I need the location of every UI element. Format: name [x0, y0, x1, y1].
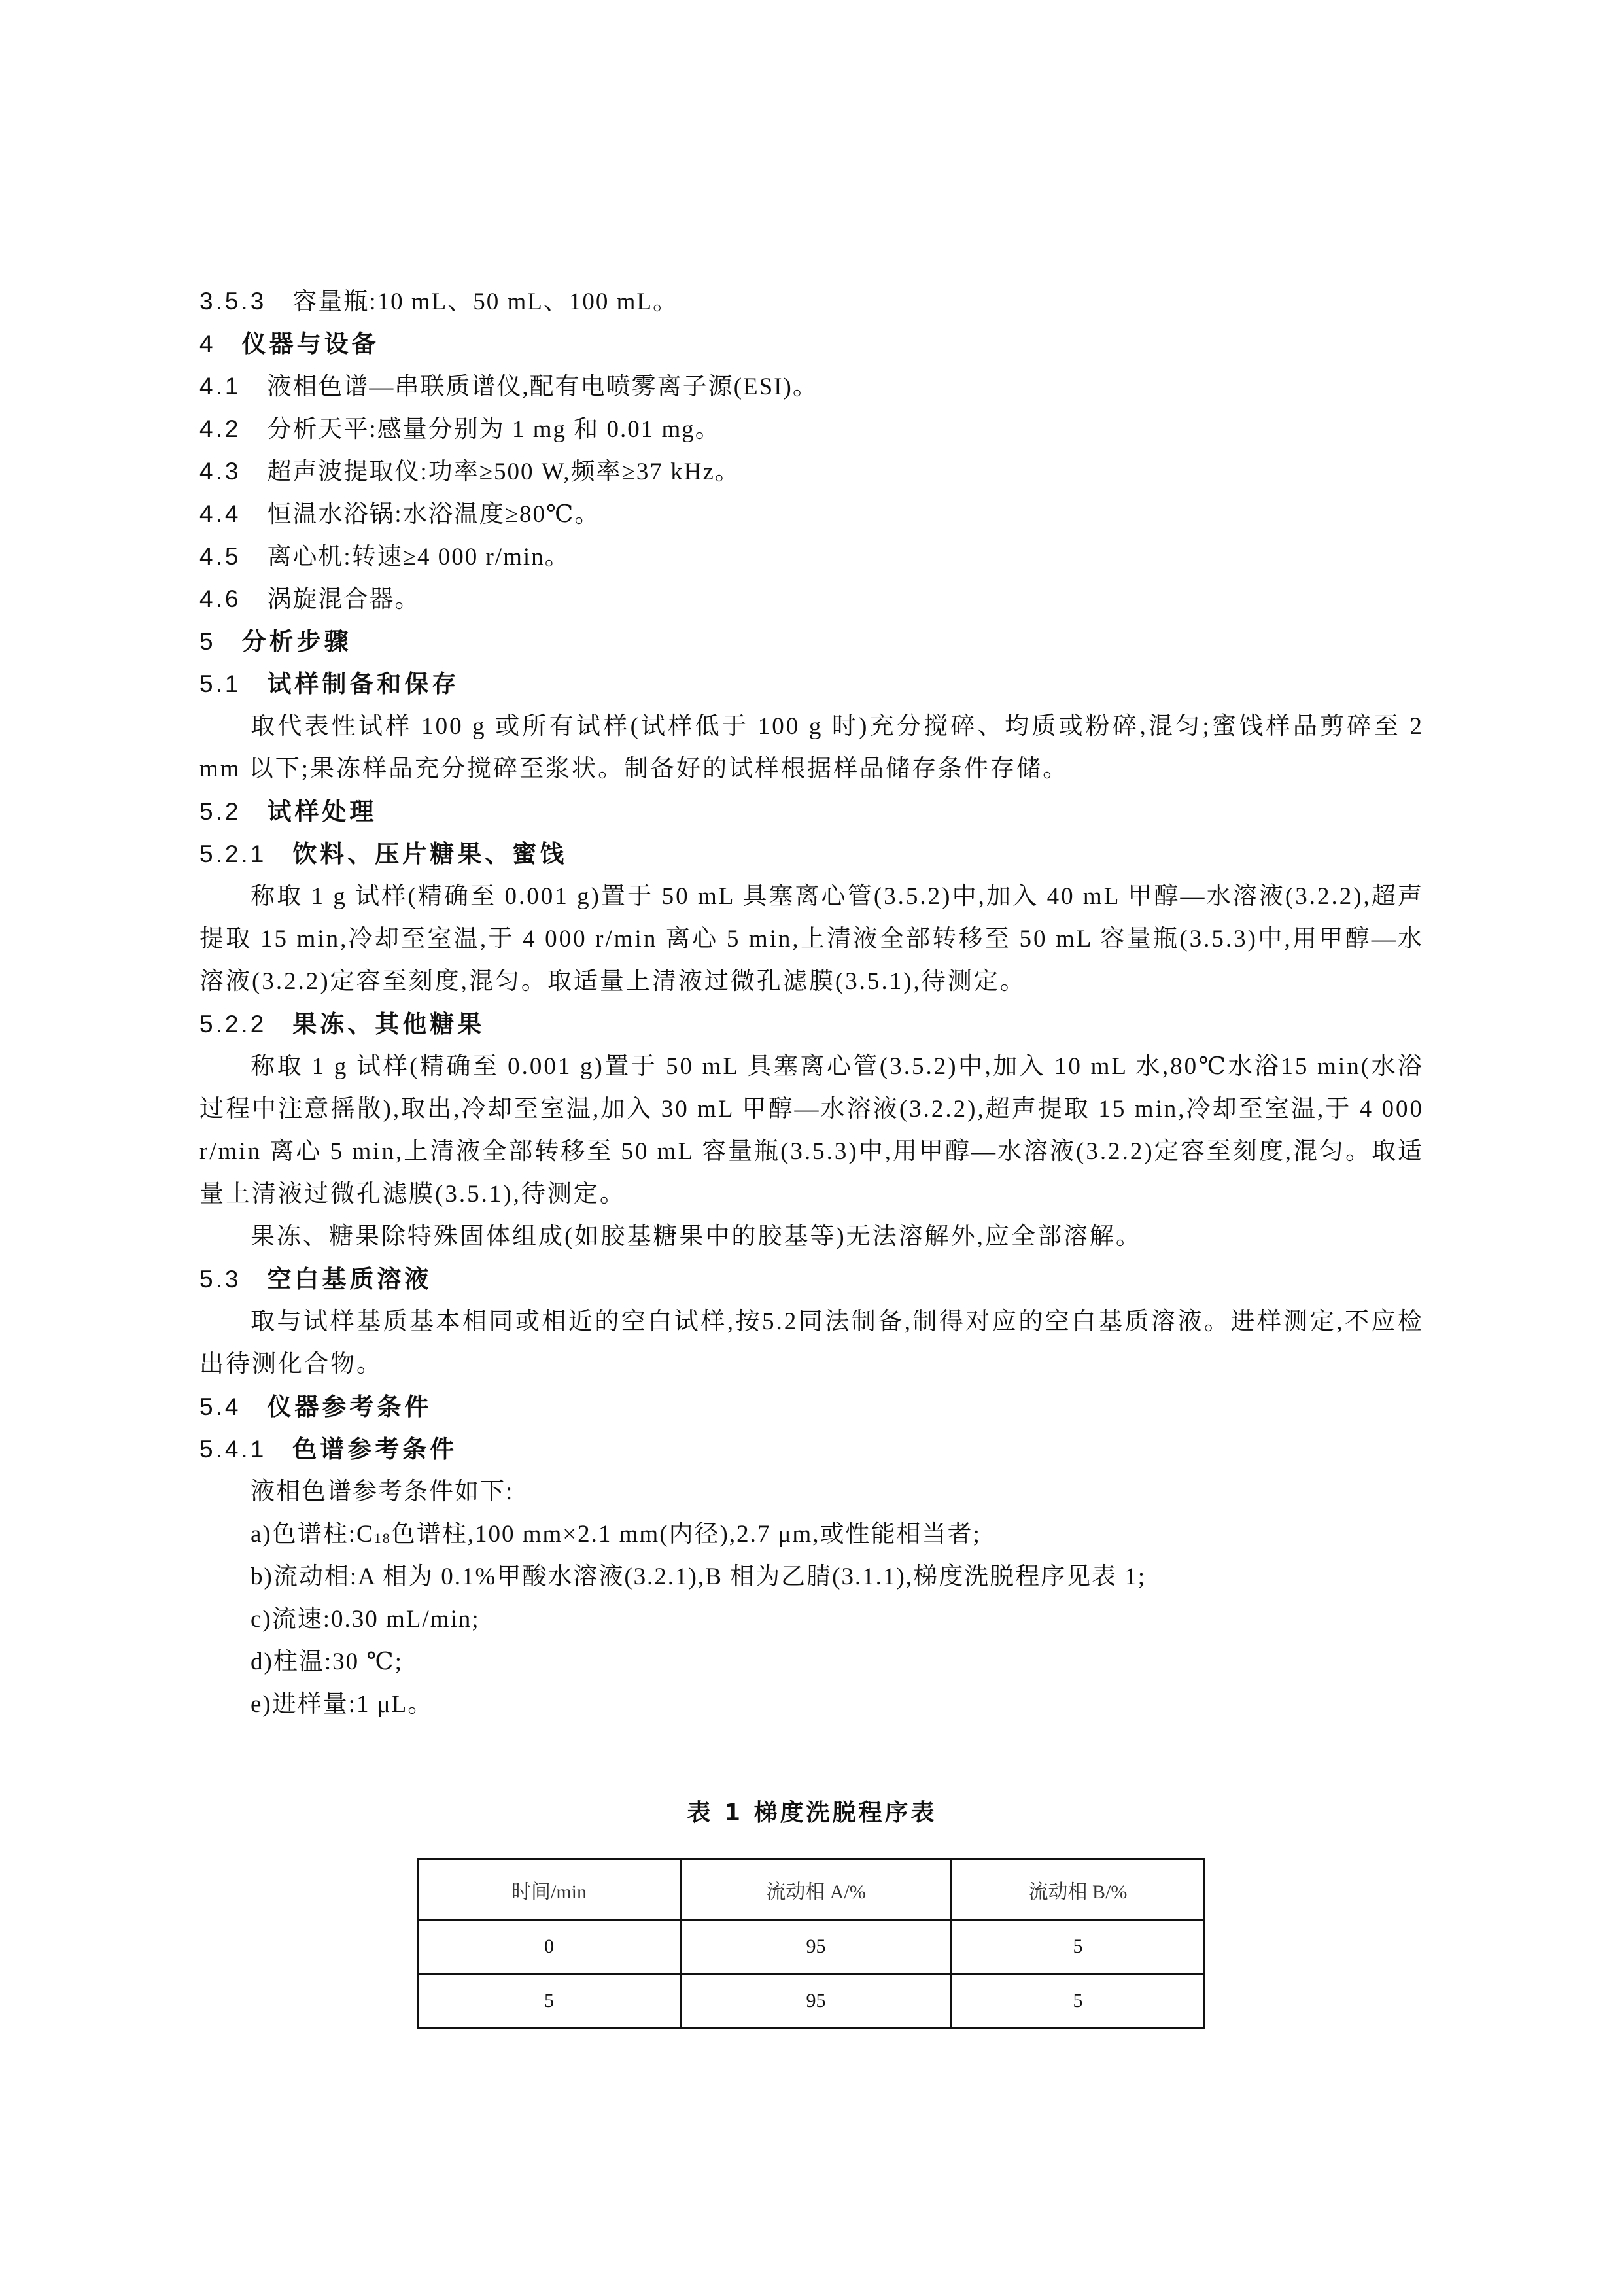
- table-header-cell: 时间/min: [418, 1860, 681, 1920]
- gradient-elution-table: 时间/min 流动相 A/% 流动相 B/% 0 95 5 5 95 5: [417, 1858, 1205, 2029]
- subscript: 18: [374, 1530, 391, 1546]
- clause-number: 5.4: [199, 1385, 241, 1428]
- heading-5-3: 5.3空白基质溶液: [199, 1258, 1424, 1300]
- table-row: 0 95 5: [418, 1920, 1205, 1974]
- heading-5-1: 5.1试样制备和保存: [199, 663, 1424, 705]
- heading-title: 色谱参考条件: [292, 1435, 457, 1463]
- lc-conditions-intro: 液相色谱参考条件如下:: [199, 1470, 1424, 1513]
- heading-title: 仪器参考条件: [267, 1393, 432, 1421]
- lc-condition-b: b)流动相:A 相为 0.1%甲酸水溶液(3.2.1),B 相为乙腈(3.1.1…: [199, 1556, 1424, 1598]
- list-label: b): [251, 1563, 273, 1590]
- clause-3-5-3: 3.5.3容量瓶:10 mL、50 mL、100 mL。: [199, 280, 1424, 322]
- clause-number: 4: [199, 322, 216, 365]
- clause-number: 5.4.1: [199, 1428, 266, 1470]
- clause-number: 5.3: [199, 1258, 241, 1300]
- heading-title: 仪器与设备: [242, 330, 379, 358]
- list-label: c): [251, 1606, 272, 1633]
- clause-number: 4.6: [199, 578, 241, 620]
- heading-title: 分析步骤: [242, 627, 352, 655]
- heading-5: 5分析步骤: [199, 620, 1424, 663]
- heading-title: 空白基质溶液: [267, 1265, 432, 1293]
- clause-number: 4.3: [199, 450, 241, 493]
- heading-title: 饮料、压片糖果、蜜饯: [292, 840, 567, 868]
- list-label: a): [251, 1521, 272, 1548]
- heading-title: 果冻、其他糖果: [292, 1010, 485, 1038]
- list-label: d): [251, 1648, 273, 1675]
- table-caption: 表 1 梯度洗脱程序表: [0, 1794, 1624, 1833]
- clause-number: 4.2: [199, 408, 241, 450]
- clause-4-1: 4.1液相色谱—串联质谱仪,配有电喷雾离子源(ESI)。: [199, 365, 1424, 408]
- list-text: 色谱柱:C: [272, 1521, 374, 1548]
- table-header-row: 时间/min 流动相 A/% 流动相 B/%: [418, 1860, 1205, 1920]
- paragraph-5-2-2-a: 称取 1 g 试样(精确至 0.001 g)置于 50 mL 具塞离心管(3.5…: [199, 1045, 1424, 1215]
- clause-number: 4.1: [199, 365, 241, 408]
- table-header-cell: 流动相 A/%: [681, 1860, 952, 1920]
- list-label: e): [251, 1691, 272, 1718]
- clause-number: 5.2: [199, 790, 241, 833]
- clause-number: 4.4: [199, 493, 241, 535]
- table-row: 5 95 5: [418, 1974, 1205, 2028]
- clause-text: 分析天平:感量分别为 1 mg 和 0.01 mg。: [267, 416, 720, 443]
- table-cell: 5: [418, 1974, 681, 2028]
- table-cell: 0: [418, 1920, 681, 1974]
- table-cell: 5: [951, 1920, 1204, 1974]
- clause-text: 离心机:转速≥4 000 r/min。: [267, 544, 570, 570]
- clause-number: 5.1: [199, 663, 241, 705]
- heading-5-4-1: 5.4.1色谱参考条件: [199, 1428, 1424, 1470]
- clause-4-2: 4.2分析天平:感量分别为 1 mg 和 0.01 mg。: [199, 408, 1424, 450]
- heading-5-2-2: 5.2.2果冻、其他糖果: [199, 1003, 1424, 1045]
- clause-4-3: 4.3超声波提取仪:功率≥500 W,频率≥37 kHz。: [199, 450, 1424, 493]
- clause-4-6: 4.6涡旋混合器。: [199, 578, 1424, 620]
- lc-condition-c: c)流速:0.30 mL/min;: [199, 1598, 1424, 1641]
- list-text: 流动相:A 相为 0.1%甲酸水溶液(3.2.1),B 相为乙腈(3.1.1),…: [273, 1563, 1146, 1590]
- clause-4-4: 4.4恒温水浴锅:水浴温度≥80℃。: [199, 493, 1424, 535]
- clause-text: 超声波提取仪:功率≥500 W,频率≥37 kHz。: [267, 459, 740, 485]
- paragraph-5-2-2-b: 果冻、糖果除特殊固体组成(如胶基糖果中的胶基等)无法溶解外,应全部溶解。: [199, 1215, 1424, 1258]
- list-text: 色谱柱,100 mm×2.1 mm(内径),2.7 μm,或性能相当者;: [391, 1521, 981, 1548]
- list-text: 进样量:1 μL。: [272, 1691, 433, 1718]
- clause-text: 恒温水浴锅:水浴温度≥80℃。: [267, 501, 600, 528]
- heading-5-2-1: 5.2.1饮料、压片糖果、蜜饯: [199, 833, 1424, 875]
- clause-number: 3.5.3: [199, 280, 266, 322]
- table-cell: 95: [681, 1974, 952, 2028]
- lc-condition-e: e)进样量:1 μL。: [199, 1683, 1424, 1726]
- paragraph-5-1: 取代表性试样 100 g 或所有试样(试样低于 100 g 时)充分搅碎、均质或…: [199, 705, 1424, 790]
- list-text: 柱温:30 ℃;: [273, 1648, 403, 1675]
- clause-text: 液相色谱—串联质谱仪,配有电喷雾离子源(ESI)。: [267, 374, 818, 400]
- clause-number: 5: [199, 620, 216, 663]
- clause-text: 容量瓶:10 mL、50 mL、100 mL。: [292, 288, 678, 315]
- heading-title: 试样制备和保存: [267, 670, 459, 698]
- table-cell: 95: [681, 1920, 952, 1974]
- table-cell: 5: [951, 1974, 1204, 2028]
- document-page: 3.5.3容量瓶:10 mL、50 mL、100 mL。 4仪器与设备 4.1液…: [199, 280, 1424, 1726]
- clause-number: 4.5: [199, 535, 241, 578]
- clause-number: 5.2.1: [199, 833, 266, 875]
- clause-4-5: 4.5离心机:转速≥4 000 r/min。: [199, 535, 1424, 578]
- heading-5-4: 5.4仪器参考条件: [199, 1385, 1424, 1428]
- clause-number: 5.2.2: [199, 1003, 266, 1045]
- table-header-cell: 流动相 B/%: [951, 1860, 1204, 1920]
- paragraph-5-2-1: 称取 1 g 试样(精确至 0.001 g)置于 50 mL 具塞离心管(3.5…: [199, 875, 1424, 1003]
- lc-condition-a: a)色谱柱:C18色谱柱,100 mm×2.1 mm(内径),2.7 μm,或性…: [199, 1513, 1424, 1556]
- paragraph-5-3: 取与试样基质基本相同或相近的空白试样,按5.2同法制备,制得对应的空白基质溶液。…: [199, 1300, 1424, 1385]
- clause-text: 涡旋混合器。: [267, 586, 420, 613]
- heading-4: 4仪器与设备: [199, 322, 1424, 365]
- list-text: 流速:0.30 mL/min;: [272, 1606, 480, 1633]
- lc-condition-d: d)柱温:30 ℃;: [199, 1641, 1424, 1683]
- heading-5-2: 5.2试样处理: [199, 790, 1424, 833]
- heading-title: 试样处理: [267, 797, 377, 826]
